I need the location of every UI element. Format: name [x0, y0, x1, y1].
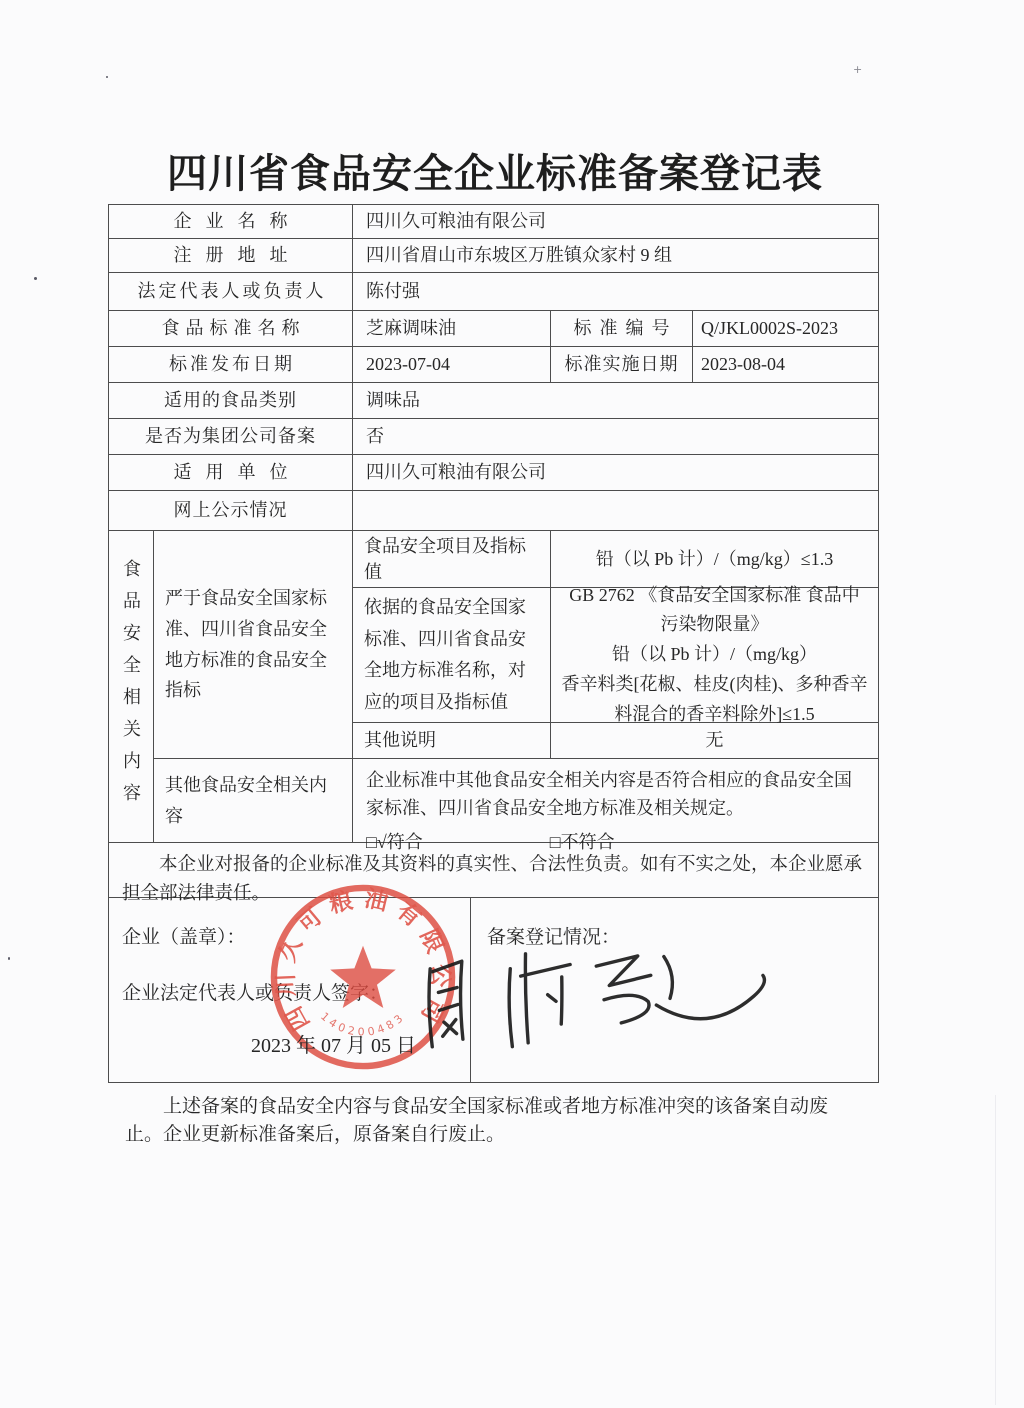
scan-speck: [34, 277, 37, 280]
declaration-row: 本企业对报备的企业标准及其资料的真实性、合法性负责。如有不实之处，本企业愿承担全…: [109, 843, 879, 898]
safety-basis-value: GB 2762 《食品安全国家标准 食品中污染物限量》 铅（以 Pb 计）/（m…: [551, 588, 879, 723]
field-value-applicable-unit: 四川久可粮油有限公司: [353, 455, 879, 491]
safety-other-note-label: 其他说明: [353, 723, 551, 759]
basis-lead-limit: 铅（以 Pb 计）/（mg/kg）: [561, 640, 868, 670]
field-label-group-filing: 是否为集团公司备案: [109, 419, 353, 455]
field-label-implement-date: 标准实施日期: [551, 347, 693, 383]
field-value-registered-address: 四川省眉山市东坡区万胜镇众家村 9 组: [353, 239, 879, 273]
field-label-legal-representative: 法定代表人或负责人: [109, 273, 353, 311]
basis-spice-exception: 香辛料类[花椒、桂皮(肉桂)、多种香辛料混合的香辛料除外]≤1.5: [561, 670, 868, 729]
field-value-company-name: 四川久可粮油有限公司: [353, 205, 879, 239]
field-value-standard-number: Q/JKL0002S-2023: [693, 311, 879, 347]
footer-note: 上述备案的食品安全内容与食品安全国家标准或者地方标准冲突的该备案自动废止。企业更…: [125, 1093, 840, 1148]
signing-date: 2023 年 07 月 05 日: [251, 1032, 416, 1061]
safety-item-indicator-value: 铅（以 Pb 计）/（mg/kg）≤1.3: [551, 531, 879, 588]
safety-item-indicator-label: 食品安全项目及指标值: [353, 531, 551, 588]
safety-other-note-value: 无: [551, 723, 879, 759]
field-label-applicable-unit: 适用单位: [109, 455, 353, 491]
company-seal-label: 企业（盖章）：: [122, 924, 246, 952]
scan-crease-line: [995, 1095, 996, 1405]
safety-section-side-label: 食品安全相关内容: [109, 531, 154, 843]
field-value-group-filing: 否: [353, 419, 879, 455]
field-value-standard-name: 芝麻调味油: [353, 311, 551, 347]
field-label-standard-number: 标准编号: [551, 311, 693, 347]
scan-speck: [8, 957, 10, 960]
field-label-company-name: 企业名称: [109, 205, 353, 239]
field-value-publish-date: 2023-07-04: [353, 347, 551, 383]
seal-star: [330, 946, 396, 1008]
safety-basis-label: 依据的食品安全国家标准、四川省食品安全地方标准名称，对应的项目及指标值: [353, 588, 551, 723]
safety-other-related-label: 其他食品安全相关内容: [154, 759, 353, 843]
field-value-online-publicity: [353, 491, 879, 531]
basis-standard-title: GB 2762 《食品安全国家标准 食品中污染物限量》: [561, 581, 868, 640]
field-label-publish-date: 标准发布日期: [109, 347, 353, 383]
field-label-registered-address: 注册地址: [109, 239, 353, 273]
field-value-food-category: 调味品: [353, 383, 879, 419]
safety-other-related-content: 企业标准中其他食品安全相关内容是否符合相应的食品安全国家标准、四川省食品安全地方…: [353, 759, 879, 843]
signature-scribble: [417, 933, 783, 1067]
field-label-online-publicity: 网上公示情况: [109, 491, 353, 531]
field-value-legal-representative: 陈付强: [353, 273, 879, 311]
page-title: 四川省食品安全企业标准备案登记表: [95, 142, 895, 196]
safety-stricter-indicators-label: 严于食品安全国家标准、四川省食品安全地方标准的食品安全指标: [154, 531, 353, 759]
field-label-standard-name: 食品标准名称: [109, 311, 353, 347]
field-value-implement-date: 2023-08-04: [693, 347, 879, 383]
scan-plus-mark: +: [853, 63, 862, 76]
field-label-food-category: 适用的食品类别: [109, 383, 353, 419]
scan-speck: [106, 76, 108, 78]
